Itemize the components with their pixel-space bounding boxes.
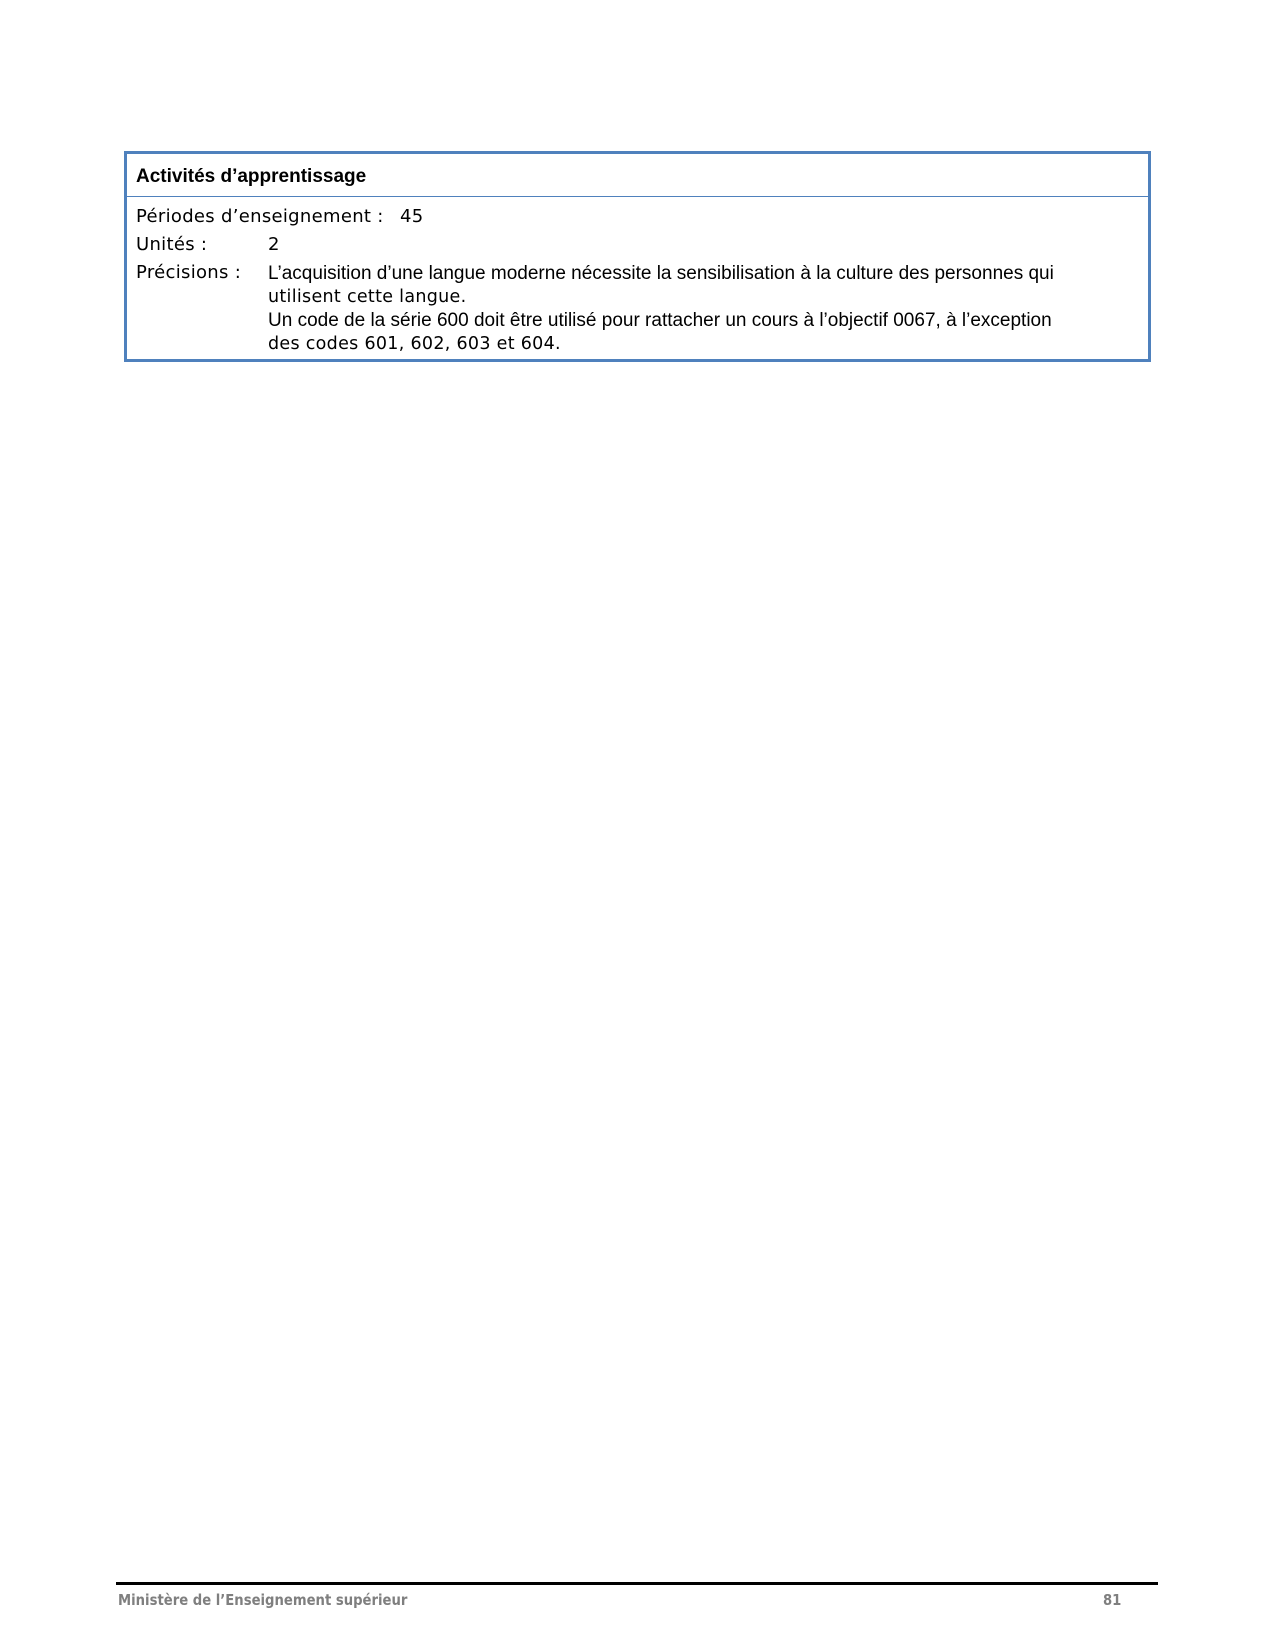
precisions-line: Un code de la série 600 doit être utilis… bbox=[268, 309, 1138, 333]
page-number: 81 bbox=[1103, 1591, 1121, 1609]
precisions-line: des codes 601, 602, 603 et 604. bbox=[268, 333, 1138, 357]
unites-value: 2 bbox=[268, 234, 280, 255]
precisions-text: L’acquisition d’une langue moderne néces… bbox=[268, 262, 1138, 356]
footer-divider bbox=[116, 1582, 1158, 1585]
precisions-line: L’acquisition d’une langue moderne néces… bbox=[268, 262, 1138, 286]
precisions-line: utilisent cette langue. bbox=[268, 286, 1138, 310]
footer-ministry: Ministère de l’Enseignement supérieur bbox=[118, 1591, 407, 1609]
periodes-label: Périodes d’enseignement : bbox=[136, 206, 384, 227]
precisions-label: Précisions : bbox=[136, 262, 241, 283]
learning-activities-box: Activités d’apprentissage Périodes d’ens… bbox=[124, 151, 1151, 362]
unites-label: Unités : bbox=[136, 234, 207, 255]
periodes-value: 45 bbox=[400, 206, 424, 227]
box-title: Activités d’apprentissage bbox=[127, 154, 1148, 197]
